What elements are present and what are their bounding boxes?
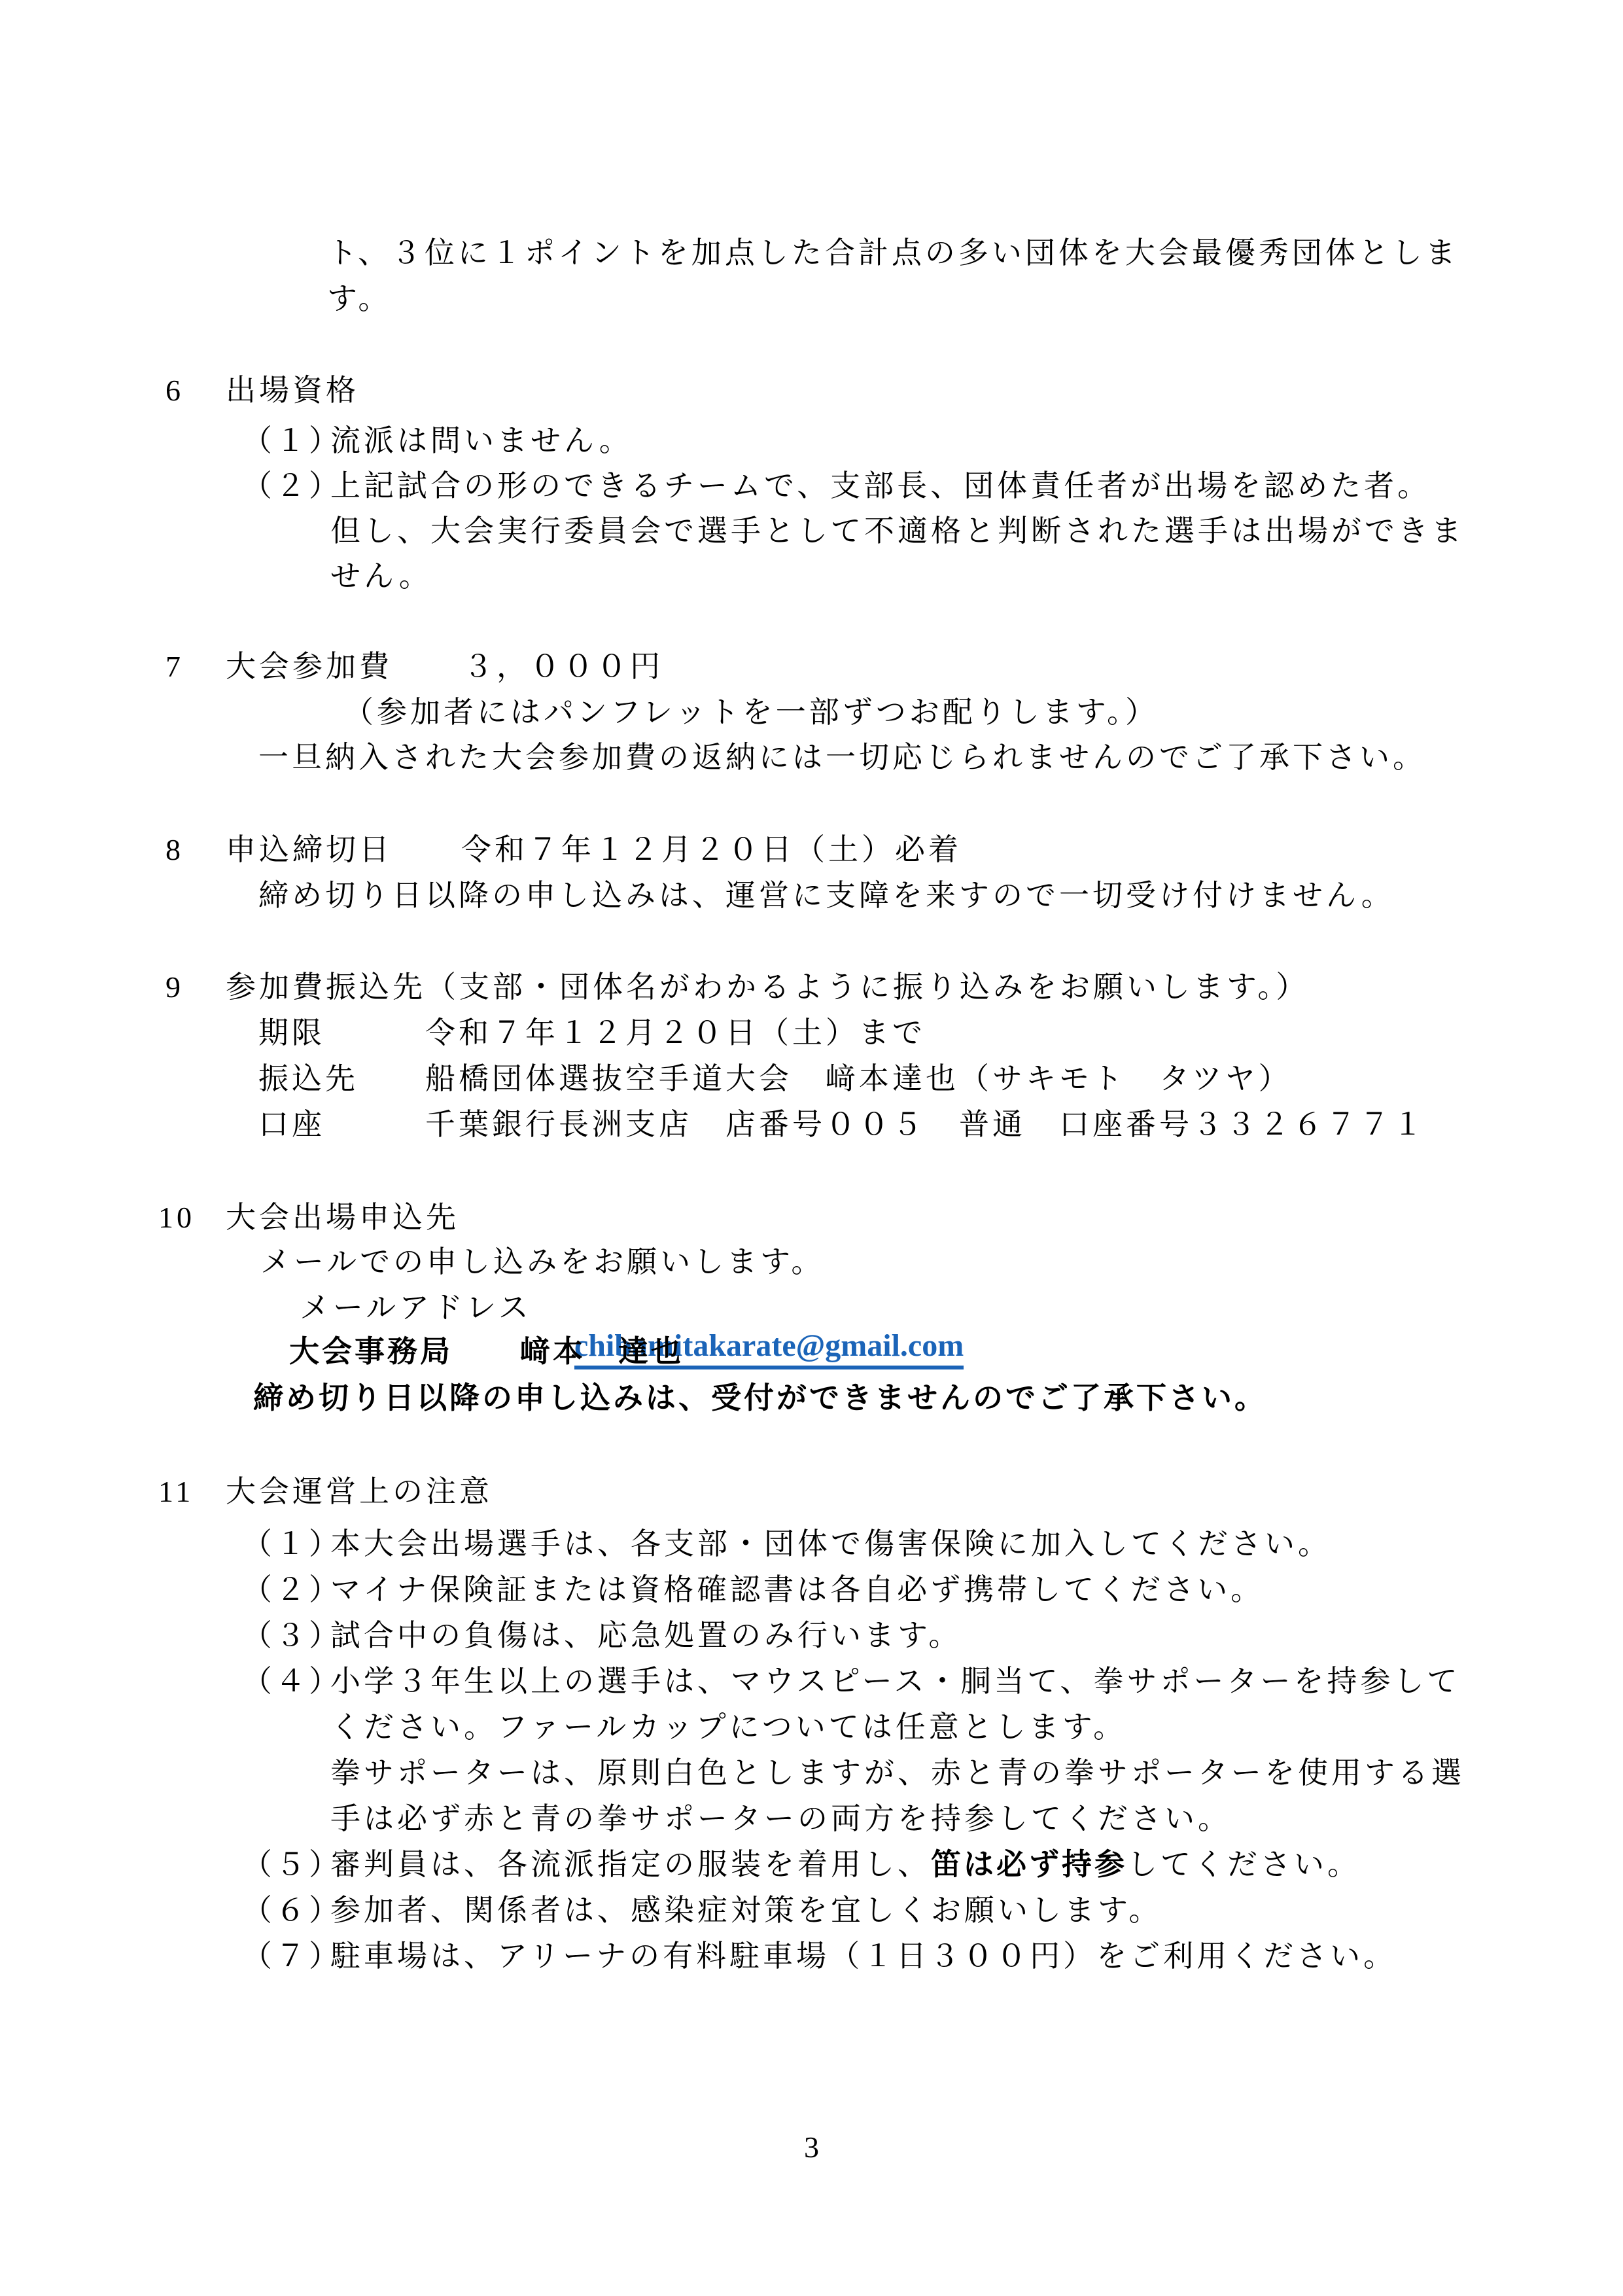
section-11-item-marker: （３） [242,1616,342,1655]
section-7-title: 大会参加費 [226,647,393,686]
section-11-item-marker: （１） [242,1525,342,1564]
page-number: 3 [0,2128,1623,2167]
section-11-item-text: 試合中の負傷は、応急処置のみ行います。 [330,1616,962,1655]
section-9-row-value: 船橋団体選抜空手道大会 﨑本達也（サキモト タツヤ） [425,1059,1292,1099]
section-6-item-1-text: 流派は問いません。 [330,421,633,461]
intro-line-2: す。 [327,279,391,319]
section-11-item-marker: （４） [242,1662,342,1701]
section-11-item-marker: （６） [242,1891,342,1930]
section-6-item-1-marker: （１） [242,421,342,461]
section-9-title: 参加費振込先（支部・団体名がわかるように振り込みをお願いします。） [226,968,1309,1007]
section-6-item-2-cont-2: せん。 [330,557,432,596]
section-7-note-2: 一旦納入された大会参加費の返納には一切応じられませんのでご了承下さい。 [258,738,1426,777]
section-7-note-1: （参加者にはパンフレットを一部ずつお配りします。） [343,693,1159,732]
section-10-note: 締め切り日以降の申し込みは、受付ができませんのでご了承下さい。 [253,1379,1267,1418]
section-9-row-label: 期限 [258,1014,325,1053]
section-9-row-value: 千葉銀行長洲支店 店番号００５ 普通 口座番号３３２６７７１ [425,1105,1426,1144]
section-10-title: 大会出場申込先 [226,1198,459,1237]
section-11-item-text: 駐車場は、アリーナの有料駐車場（１日３００円）をご利用ください。 [330,1937,1397,1976]
section-9-row-label: 口座 [258,1105,325,1144]
item-5-pre: 審判員は、各流派指定の服装を着用し、 [330,1848,931,1881]
office-name: 﨑本 達也 [520,1332,684,1371]
section-11-number: 11 [158,1472,194,1511]
section-11-item-text: 審判員は、各流派指定の服装を着用し、笛は必ず持参してください。 [330,1845,1361,1884]
section-11-item-text: マイナ保険証または資格確認書は各自必ず携帯してください。 [330,1570,1264,1610]
section-9-row-value: 令和７年１２月２０日（土）まで [425,1014,926,1053]
section-6-item-2-cont-1: 但し、大会実行委員会で選手として不適格と判断された選手は出場ができま [330,512,1465,551]
section-11-title: 大会運営上の注意 [226,1472,493,1511]
section-11-item-marker: （２） [242,1570,342,1610]
section-6-number: 6 [166,371,184,410]
section-9-number: 9 [166,968,184,1007]
section-11-item-marker: （５） [242,1845,342,1884]
section-11-item-text: 本大会出場選手は、各支部・団体で傷害保険に加入してください。 [330,1525,1331,1564]
section-10-line-1: メールでの申し込みをお願いします。 [260,1243,824,1282]
section-11-item-cont: ください。ファールカップについては任意とします。 [330,1708,1126,1747]
section-8-deadline: 令和７年１２月２０日（土）必着 [461,830,962,870]
section-11-item-marker: （７） [242,1937,342,1976]
section-8-number: 8 [166,830,184,870]
email-label: メールアドレス [300,1288,532,1328]
section-11-item-text: 参加者、関係者は、感染症対策を宜しくお願いします。 [330,1891,1162,1930]
section-11-item-cont: 手は必ず赤と青の拳サポーターの両方を持参してください。 [330,1799,1231,1839]
section-7-number: 7 [166,647,184,686]
section-11-item-cont: 拳サポーターは、原則白色としますが、赤と青の拳サポーターを使用する選 [330,1754,1465,1793]
section-6-title: 出場資格 [226,371,359,410]
item-5-bold: 笛は必ず持参 [931,1847,1127,1881]
section-8-note: 締め切り日以降の申し込みは、運営に支障を来すので一切受け付けません。 [258,876,1395,915]
office-label: 大会事務局 [289,1332,453,1371]
section-9-row-label: 振込先 [258,1059,358,1099]
section-7-fee: ３，０００円 [463,647,663,686]
section-8-title: 申込締切日 [226,830,393,870]
intro-line-1: ト、３位に１ポイントを加点した合計点の多い団体を大会最優秀団体としま [327,234,1459,273]
document-page: ト、３位に１ポイントを加点した合計点の多い団体を大会最優秀団体としま す。 6 … [0,0,1623,2296]
section-10-number: 10 [158,1198,195,1237]
section-6-item-2-text: 上記試合の形のできるチームで、支部長、団体責任者が出場を認めた者。 [330,467,1431,506]
section-11-item-text: 小学３年生以上の選手は、マウスピース・胴当て、拳サポーターを持参して [330,1662,1461,1701]
item-5-post: してください。 [1127,1848,1361,1881]
section-6-item-2-marker: （２） [242,467,342,506]
